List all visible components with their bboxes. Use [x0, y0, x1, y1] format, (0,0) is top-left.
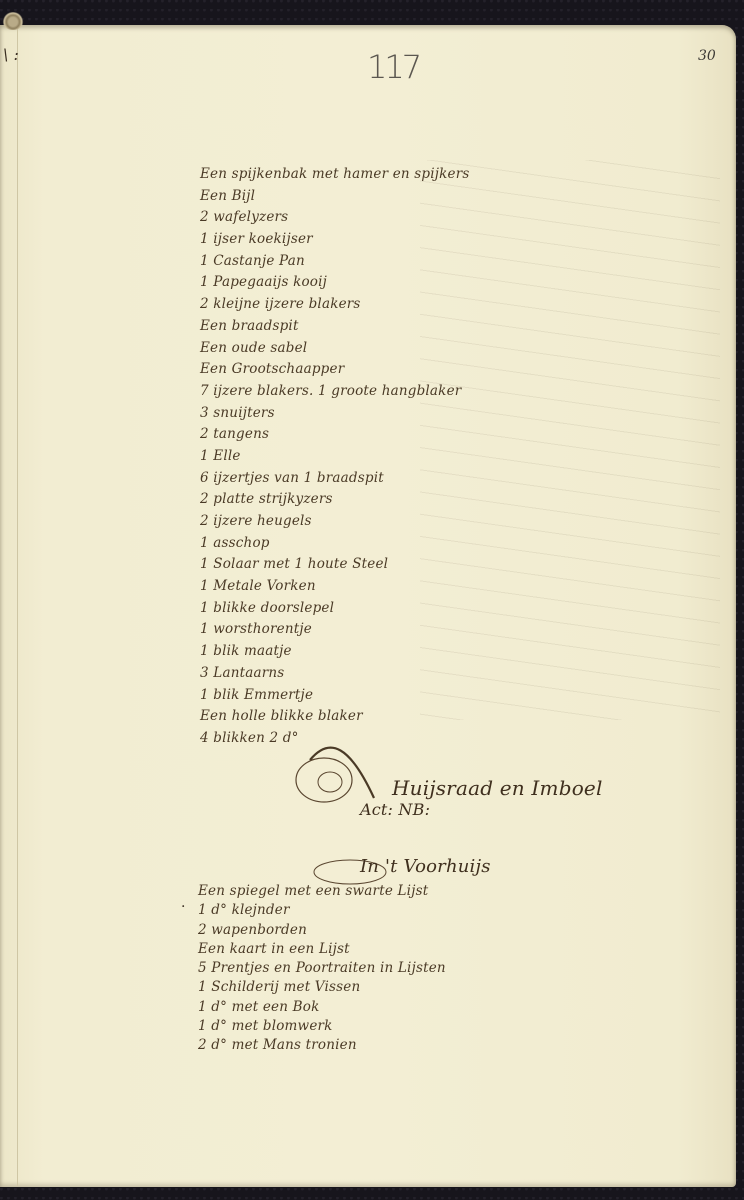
list-item: 1 ijser koekijser: [200, 229, 470, 251]
list-item: Een spiegel met een swarte Lijst: [198, 882, 446, 901]
section-title: Huijsraad en Imboel: [392, 776, 603, 800]
binding-thread-icon: [2, 12, 24, 30]
list-item: 7 ijzere blakers. 1 groote hangblaker: [200, 381, 470, 403]
list-item: 1 Castanje Pan: [200, 251, 470, 273]
list-item: 2 platte strijkyzers: [200, 489, 470, 511]
list-item: 5 Prentjes en Poortraiten in Lijsten: [198, 959, 446, 978]
list-item: 1 d° klejnder: [198, 901, 446, 920]
list-item: 2 wafelyzers: [200, 207, 470, 229]
inventory-list: Een spijkenbak met hamer en spijkers Een…: [200, 164, 470, 750]
list-item: 1 blikke doorslepel: [200, 598, 470, 620]
list-item: 1 asschop: [200, 533, 470, 555]
list-item: 1 Elle: [200, 446, 470, 468]
list-item: 1 Solaar met 1 houte Steel: [200, 554, 470, 576]
list-item: Een spijkenbak met hamer en spijkers: [200, 164, 470, 186]
list-item: 3 Lantaarns: [200, 663, 470, 685]
list-item: Een kaart in een Lijst: [198, 940, 446, 959]
page-gutter-line: [17, 28, 18, 1186]
list-item: 2 kleijne ijzere blakers: [200, 294, 470, 316]
list-item: Een holle blikke blaker: [200, 706, 470, 728]
list-item: 3 snuijters: [200, 403, 470, 425]
list-item: 2 ijzere heugels: [200, 511, 470, 533]
left-margin-mark: \ :: [3, 45, 19, 64]
calligraphic-flourish-icon: [290, 736, 380, 806]
list-item: 1 Metale Vorken: [200, 576, 470, 598]
section-subtitle: Act: NB:: [360, 800, 430, 819]
list-item: 1 d° met een Bok: [198, 998, 446, 1017]
list-item: 6 ijzertjes van 1 braadspit: [200, 468, 470, 490]
page-number: 30: [698, 48, 716, 64]
folio-number: 117: [367, 48, 419, 86]
list-item: Een Bijl: [200, 186, 470, 208]
list-item: 1 Schilderij met Vissen: [198, 978, 446, 997]
list-item: 1 d° met blomwerk: [198, 1017, 446, 1036]
list-item: 1 blik maatje: [200, 641, 470, 663]
list-item: 2 d° met Mans tronien: [198, 1036, 446, 1055]
list-item: Een Grootschaapper: [200, 359, 470, 381]
list-item: Een braadspit: [200, 316, 470, 338]
list-item: 1 blik Emmertje: [200, 685, 470, 707]
section-heading: Huijsraad en Imboel: [290, 736, 670, 816]
list-item: 2 tangens: [200, 424, 470, 446]
subsection-title: In 't Voorhuijs: [360, 856, 491, 877]
list-item: 1 worsthorentje: [200, 619, 470, 641]
voorhuis-list: Een spiegel met een swarte Lijst 1 d° kl…: [198, 882, 446, 1056]
margin-bullet: ·: [181, 899, 185, 915]
list-item: 1 Papegaaijs kooij: [200, 272, 470, 294]
list-item: 2 wapenborden: [198, 921, 446, 940]
list-item: Een oude sabel: [200, 338, 470, 360]
